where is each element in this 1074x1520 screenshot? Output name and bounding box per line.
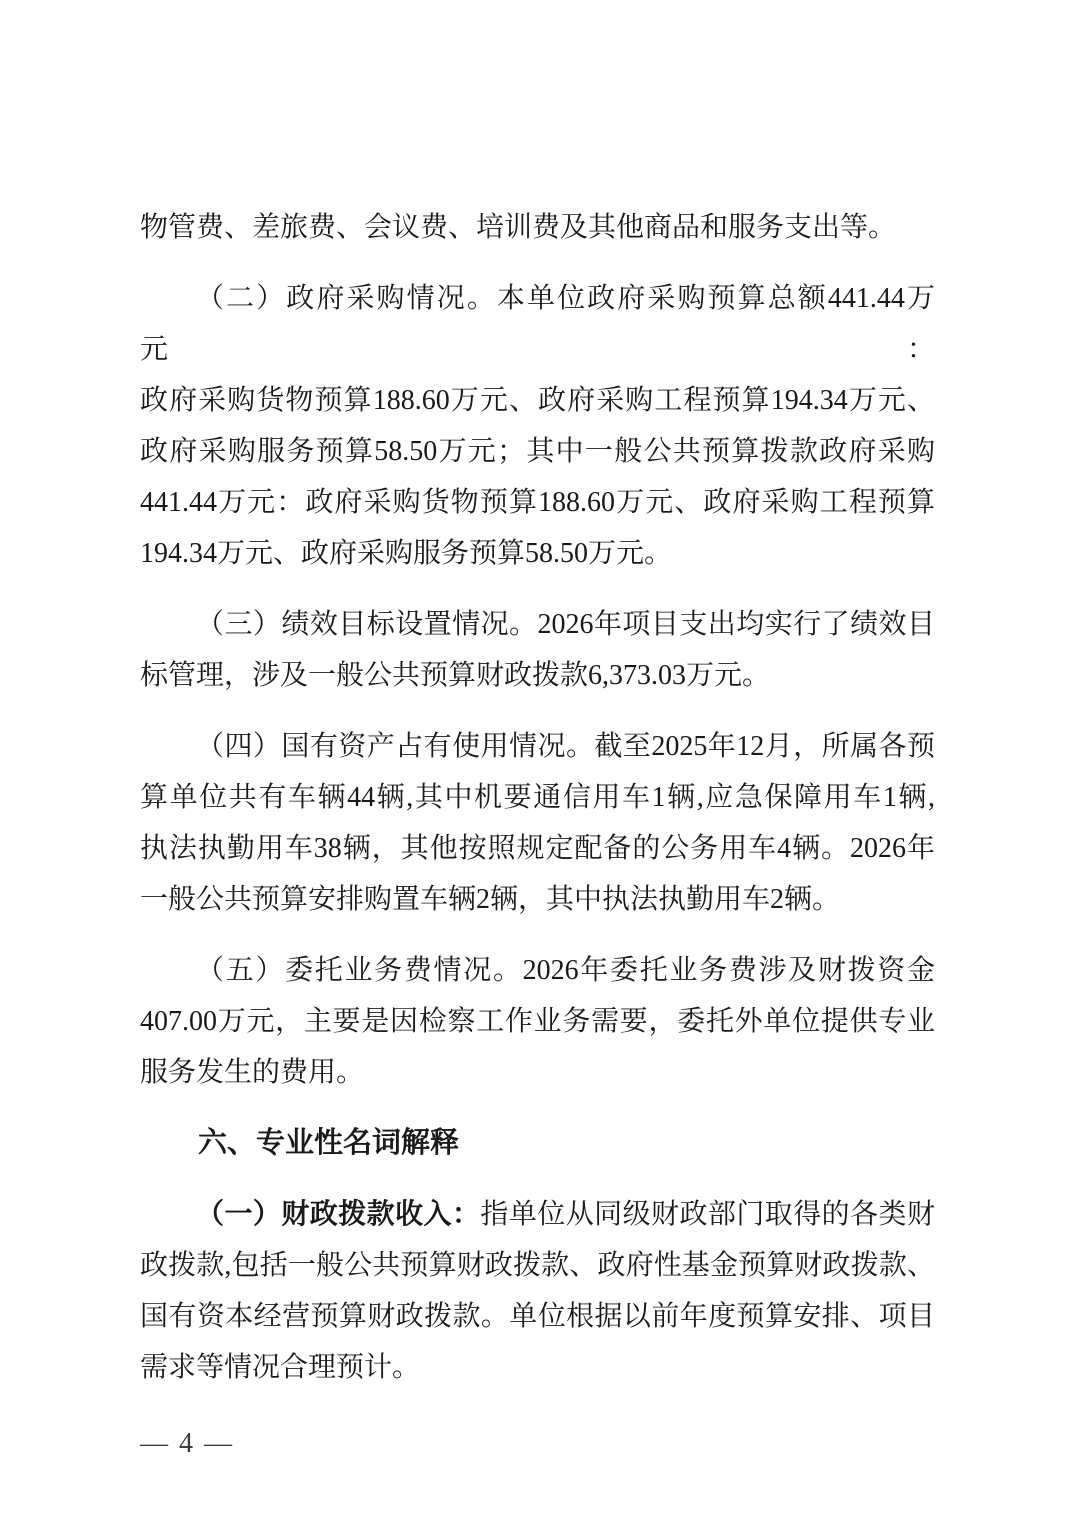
text-line: 物管费、差旅费、会议费、培训费及其他商品和服务支出等。 (140, 202, 935, 253)
text-line: （四）国有资产占有使用情况。截至2025年12月，所属各预 (140, 721, 935, 772)
text-line: 执法执勤用车38辆，其他按照规定配备的公务用车4辆。2026年 (140, 823, 935, 874)
paragraph-fiscal-appropriation-definition: （一）财政拨款收入：指单位从同级财政部门取得的各类财 政拨款,包括一般公共预算财… (140, 1189, 935, 1393)
text-line: （一）财政拨款收入：指单位从同级财政部门取得的各类财 (140, 1189, 935, 1240)
text-line: 一般公共预算安排购置车辆2辆，其中执法执勤用车2辆。 (140, 874, 935, 925)
paragraph-state-assets: （四）国有资产占有使用情况。截至2025年12月，所属各预 算单位共有车辆44辆… (140, 721, 935, 925)
paragraph-performance-targets: （三）绩效目标设置情况。2026年项目支出均实行了绩效目 标管理，涉及一般公共预… (140, 599, 935, 701)
text-line: 407.00万元，主要是因检察工作业务需要，委托外单位提供专业 (140, 996, 935, 1047)
text-line: 194.34万元、政府采购服务预算58.50万元。 (140, 528, 935, 579)
paragraph-goods-services-continuation: 物管费、差旅费、会议费、培训费及其他商品和服务支出等。 (140, 202, 935, 253)
text-line: 需求等情况合理预计。 (140, 1342, 935, 1393)
term-definition-start: 指单位从同级财政部门取得的各类财 (480, 1199, 935, 1230)
paragraph-government-procurement: （二）政府采购情况。本单位政府采购预算总额441.44万元： 政府采购货物预算1… (140, 273, 935, 579)
text-line: 政拨款,包括一般公共预算财政拨款、政府性基金预算财政拨款、 (140, 1240, 935, 1291)
text-line: （五）委托业务费情况。2026年委托业务费涉及财拨资金 (140, 945, 935, 996)
text-line: 政府采购货物预算188.60万元、政府采购工程预算194.34万元、 (140, 375, 935, 426)
document-page: 物管费、差旅费、会议费、培训费及其他商品和服务支出等。 （二）政府采购情况。本单… (0, 0, 1074, 1520)
text-line: 441.44万元：政府采购货物预算188.60万元、政府采购工程预算 (140, 477, 935, 528)
term-lead-bold: （一）财政拨款收入： (196, 1199, 480, 1230)
text-line: 政府采购服务预算58.50万元；其中一般公共预算拨款政府采购 (140, 426, 935, 477)
text-line: （三）绩效目标设置情况。2026年项目支出均实行了绩效目 (140, 599, 935, 650)
paragraph-entrusted-services: （五）委托业务费情况。2026年委托业务费涉及财拨资金 407.00万元，主要是… (140, 945, 935, 1098)
text-line: 标管理，涉及一般公共预算财政拨款6,373.03万元。 (140, 650, 935, 701)
page-number: — 4 — (140, 1429, 935, 1459)
text-line: 国有资本经营预算财政拨款。单位根据以前年度预算安排、项目 (140, 1291, 935, 1342)
text-line: （二）政府采购情况。本单位政府采购预算总额441.44万元： (140, 273, 935, 375)
text-line: 算单位共有车辆44辆,其中机要通信用车1辆,应急保障用车1辆, (140, 772, 935, 823)
text-line: 服务发生的费用。 (140, 1047, 935, 1098)
section-heading-terminology: 六、专业性名词解释 (140, 1118, 935, 1169)
